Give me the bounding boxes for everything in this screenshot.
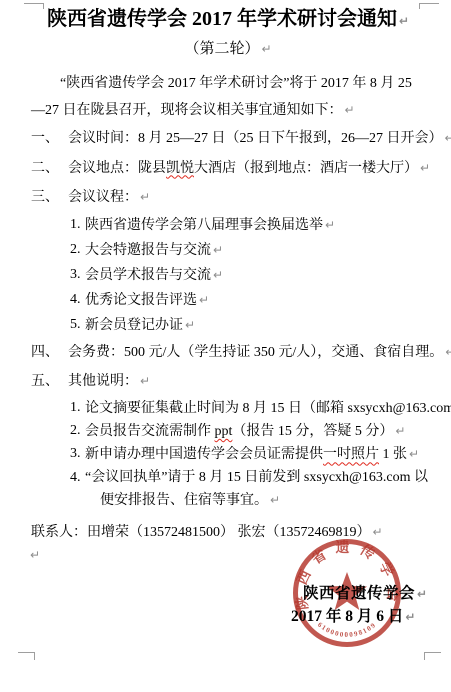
item-text: 新申请办理中国遗传学会会员证需提供一吋照片 1 张↵ <box>85 443 419 466</box>
item-text: 会员学术报告与交流↵ <box>85 263 223 288</box>
notes-list: 1.论文摘要征集截止时间为 8 月 15 日（邮箱 sxsycxh@163.co… <box>70 397 425 513</box>
doc-subtitle[interactable]: （第二轮）↵ <box>31 39 425 60</box>
note-line-2: 便安排报告、住宿等事宜。↵ <box>85 493 280 508</box>
document-body: 陕西省遗传学会 2017 年学术研讨会通知↵ （第二轮）↵ “陕西省遗传学会 2… <box>0 0 451 564</box>
signature-org-text: 陕西省遗传学会 <box>303 585 415 602</box>
section-number: 四、 <box>31 338 68 368</box>
agenda-list: 1.陕西省遗传学会第八届理事会换届选举↵ 2.大会特邀报告与交流↵ 3.会员学术… <box>70 213 425 338</box>
section-text: 会议时间：8 月 25—27 日（25 日下午报到，26—27 日开会）↵ <box>68 124 451 154</box>
paragraph-mark: ↵ <box>445 131 451 145</box>
crop-mark-bottom-left <box>18 652 35 660</box>
doc-title[interactable]: 陕西省遗传学会 2017 年学术研讨会通知↵ <box>31 6 425 34</box>
section-number: 三、 <box>31 183 68 213</box>
spellcheck-flagged-text: 凯悦 <box>166 161 194 176</box>
section-text: 其他说明：↵ <box>68 367 150 397</box>
paragraph-mark: ↵ <box>140 190 150 204</box>
signature-date[interactable]: 2017 年 8 月 6 日↵ <box>291 604 415 626</box>
crop-mark-bottom-right <box>424 652 441 660</box>
paragraph-mark: ↵ <box>395 424 405 438</box>
item-text: 会员报告交流需制作 ppt（报告 15 分，答疑 5 分）↵ <box>85 420 405 443</box>
agenda-item[interactable]: 3.会员学术报告与交流↵ <box>70 263 425 288</box>
intro-paragraph[interactable]: “陕西省遗传学会 2017 年学术研讨会”将于 2017 年 8 月 25 —2… <box>31 70 425 124</box>
agenda-item[interactable]: 2.大会特邀报告与交流↵ <box>70 238 425 263</box>
paragraph-mark: ↵ <box>405 610 415 624</box>
signature-org[interactable]: 陕西省遗传学会↵ <box>303 581 428 603</box>
paragraph-mark: ↵ <box>199 293 209 307</box>
item-number: 4. <box>70 288 85 313</box>
item-number: 3. <box>70 263 85 288</box>
signature-date-text: 2017 年 8 月 6 日 <box>291 608 403 625</box>
section-fee[interactable]: 四、 会务费：500 元/人（学生持证 350 元/人），交通、食宿自理。↵ <box>31 338 425 368</box>
paragraph-mark: ↵ <box>420 161 430 175</box>
note-line-1: “会议回执单”请于 8 月 15 日前发到 sxsycxh@163.com 以 <box>85 470 428 485</box>
paragraph-mark: ↵ <box>261 42 271 56</box>
note-item[interactable]: 2.会员报告交流需制作 ppt（报告 15 分，答疑 5 分）↵ <box>70 420 425 443</box>
spellcheck-flagged-text: ppt <box>215 424 233 439</box>
paragraph-mark: ↵ <box>345 103 355 117</box>
item-text: “会议回执单”请于 8 月 15 日前发到 sxsycxh@163.com 以便… <box>85 467 428 513</box>
section-agenda-heading[interactable]: 三、 会议议程：↵ <box>31 183 425 213</box>
doc-subtitle-text: （第二轮） <box>184 41 259 57</box>
paragraph-mark: ↵ <box>213 268 223 282</box>
paragraph-mark: ↵ <box>445 345 451 359</box>
paragraph-mark: ↵ <box>399 14 409 28</box>
paragraph-mark: ↵ <box>270 493 280 507</box>
item-number: 4. <box>70 467 85 513</box>
paragraph-mark: ↵ <box>409 447 419 461</box>
paragraph-mark: ↵ <box>213 243 223 257</box>
item-number: 3. <box>70 443 85 466</box>
item-text: 优秀论文报告评选↵ <box>85 288 209 313</box>
section-number: 二、 <box>31 154 68 184</box>
section-text: 会务费：500 元/人（学生持证 350 元/人），交通、食宿自理。↵ <box>68 338 451 368</box>
section-number: 五、 <box>31 367 68 397</box>
paragraph-mark: ↵ <box>140 374 150 388</box>
paragraph-mark: ↵ <box>30 548 40 562</box>
item-number: 1. <box>70 213 85 238</box>
item-number: 5. <box>70 313 85 338</box>
note-item[interactable]: 3.新申请办理中国遗传学会会员证需提供一吋照片 1 张↵ <box>70 443 425 466</box>
note-item[interactable]: 4.“会议回执单”请于 8 月 15 日前发到 sxsycxh@163.com … <box>70 467 425 513</box>
paragraph-mark: ↵ <box>325 218 335 232</box>
agenda-item[interactable]: 4.优秀论文报告评选↵ <box>70 288 425 313</box>
item-text: 论文摘要征集截止时间为 8 月 15 日（邮箱 sxsycxh@163.com）… <box>85 397 451 420</box>
section-number: 一、 <box>31 124 68 154</box>
agenda-item[interactable]: 5.新会员登记办证↵ <box>70 313 425 338</box>
section-text: 会议议程：↵ <box>68 183 150 213</box>
agenda-item[interactable]: 1.陕西省遗传学会第八届理事会换届选举↵ <box>70 213 425 238</box>
paragraph-mark: ↵ <box>417 587 428 601</box>
item-number: 2. <box>70 420 85 443</box>
intro-line-2: —27 日在陇县召开，现将会议相关事宜通知如下：↵ <box>31 97 425 124</box>
section-text: 会议地点：陇县凯悦大酒店（报到地点：酒店一楼大厅）↵ <box>68 154 430 184</box>
section-meeting-place[interactable]: 二、 会议地点：陇县凯悦大酒店（报到地点：酒店一楼大厅）↵ <box>31 154 425 184</box>
section-meeting-time[interactable]: 一、 会议时间：8 月 25—27 日（25 日下午报到，26—27 日开会）↵ <box>31 124 425 154</box>
item-text: 大会特邀报告与交流↵ <box>85 238 223 263</box>
section-other-notes-heading[interactable]: 五、 其他说明：↵ <box>31 367 425 397</box>
item-text: 陕西省遗传学会第八届理事会换届选举↵ <box>85 213 335 238</box>
paragraph-mark: ↵ <box>185 318 195 332</box>
doc-title-text: 陕西省遗传学会 2017 年学术研讨会通知 <box>47 8 397 30</box>
intro-line-1: “陕西省遗传学会 2017 年学术研讨会”将于 2017 年 8 月 25 <box>31 70 425 97</box>
spellcheck-flagged-text: 一吋照片 <box>323 447 379 462</box>
item-number: 1. <box>70 397 85 420</box>
item-number: 2. <box>70 238 85 263</box>
document-page[interactable]: 陕西省遗传学会 2017 年学术研讨会通知↵ （第二轮）↵ “陕西省遗传学会 2… <box>0 0 451 692</box>
item-text: 新会员登记办证↵ <box>85 313 195 338</box>
note-item[interactable]: 1.论文摘要征集截止时间为 8 月 15 日（邮箱 sxsycxh@163.co… <box>70 397 425 420</box>
